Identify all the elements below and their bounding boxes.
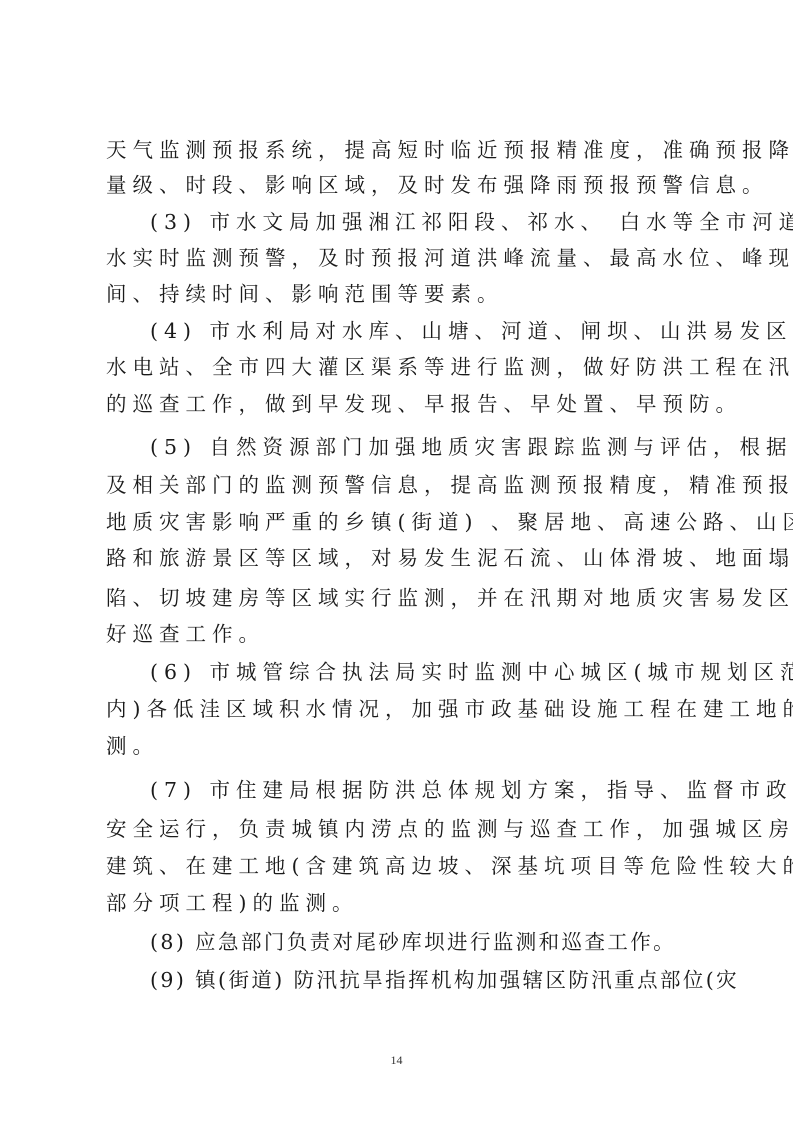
text-line: 间、持续时间、影响范围等要素。 — [106, 279, 692, 309]
paragraph-4-start: (4) 市水利局对水库、山塘、河道、闸坝、山洪易发区、小 — [150, 316, 692, 346]
page-number: 14 — [0, 1053, 793, 1068]
text-line: 好巡查工作。 — [106, 619, 692, 649]
text-line: 内)各低洼区域积水情况，加强市政基础设施工程在建工地的监 — [106, 694, 692, 724]
text-line: 测。 — [106, 731, 692, 761]
text-line: 的巡查工作，做到早发现、早报告、早处置、早预防。 — [106, 389, 692, 419]
paragraph-9-start: (9) 镇(街道) 防汛抗旱指挥机构加强辖区防汛重点部位(灾 — [150, 965, 692, 995]
text-line: 陷、切坡建房等区域实行监测，并在汛期对地质灾害易发区做 — [106, 583, 692, 613]
paragraph-6-start: (6) 市城管综合执法局实时监测中心城区(城市规划区范围 — [150, 657, 692, 687]
paragraph-3-start: (3) 市水文局加强湘江祁阳段、祁水、 白水等全市河道洪 — [150, 207, 692, 237]
paragraph-5-start: (5) 自然资源部门加强地质灾害跟踪监测与评估，根据气象 — [150, 432, 692, 462]
text-line: 水实时监测预警，及时预报河道洪峰流量、最高水位、峰现时 — [106, 243, 692, 273]
document-page: 天气监测预报系统，提高短时临近预报精准度，准确预报降雨 量级、时段、影响区域，及… — [0, 0, 793, 1121]
text-line: 部分项工程)的监测。 — [106, 888, 692, 918]
paragraph-8: (8) 应急部门负责对尾砂库坝进行监测和巡查工作。 — [150, 927, 692, 957]
text-line: 安全运行，负责城镇内涝点的监测与巡查工作，加强城区房屋 — [106, 814, 692, 844]
text-line: 量级、时段、影响区域，及时发布强降雨预报预警信息。 — [106, 170, 692, 200]
text-line: 水电站、全市四大灌区渠系等进行监测，做好防洪工程在汛期 — [106, 352, 692, 382]
text-line: 及相关部门的监测预警信息，提高监测预报精度，精准预报受 — [106, 470, 692, 500]
paragraph-7-start: (7) 市住建局根据防洪总体规划方案，指导、监督市政工程 — [150, 775, 692, 805]
text-line: 建筑、在建工地(含建筑高边坡、深基坑项目等危险性较大的分 — [106, 851, 692, 881]
text-line: 地质灾害影响严重的乡镇(街道) 、聚居地、高速公路、山区道 — [106, 507, 692, 537]
text-line: 天气监测预报系统，提高短时临近预报精准度，准确预报降雨 — [106, 135, 692, 165]
text-line: 路和旅游景区等区域，对易发生泥石流、山体滑坡、地面塌 — [106, 543, 692, 573]
